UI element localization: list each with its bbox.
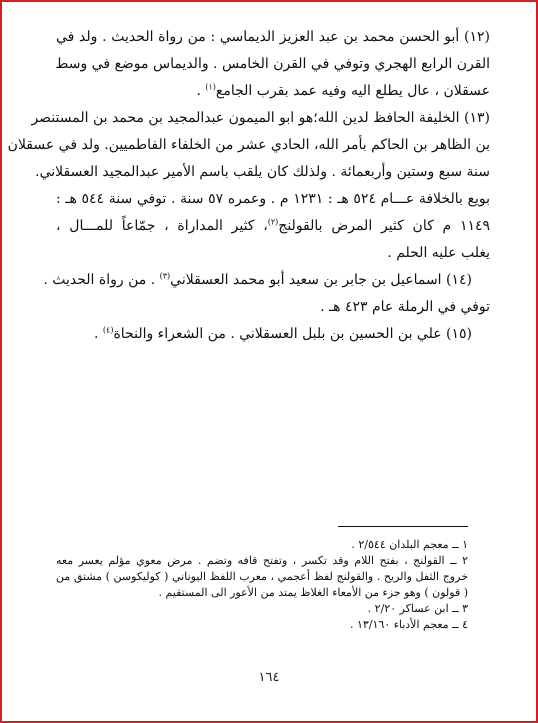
footnote-ref-3[interactable]: (٣) — [160, 271, 171, 280]
page-number: ١٦٤ — [0, 670, 538, 685]
entry-12-line-1: (١٢) أبو الحسن محمد بن عبد العزيز الديما… — [56, 24, 490, 51]
entry-12-line-3: عسقلان ، عال يطلع اليه وفيه عمد بقرب الج… — [56, 78, 490, 105]
entry-14-line-2: توفي في الرملة عام ٤٢٣ هـ . — [56, 294, 490, 321]
entry-13-line-4: بويع بالخلافة عـــام ٥٢٤ هـ : ١٢٣١ م . و… — [56, 186, 490, 213]
footnote-ref-1[interactable]: (١) — [205, 82, 216, 91]
entry-14-line-1-rest: . من رواة الحديث . — [43, 272, 159, 288]
entry-12-line-2: القرن الرابع الهجري وتوفي في القرن الخام… — [56, 51, 490, 78]
entry-13-line-1: (١٣) الخليفة الحافظ لدين الله؛هو ابو الم… — [56, 105, 490, 132]
entry-14-line-1: (١٤) اسماعيل بن جابر بن سعيد أبو محمد ال… — [56, 267, 490, 294]
footnote-4: ٤ ــ معجم الأدباء ١٣/١٦٠ . — [56, 617, 468, 633]
footnote-ref-2[interactable]: (٢) — [268, 217, 279, 226]
entry-12-line-3-text: عسقلان ، عال يطلع اليه وفيه عمد بقرب الج… — [216, 83, 490, 99]
entry-13-line-5-rest: ، كثير المداراة ، جمّاعاً للمـــال ، — [56, 218, 268, 234]
footnotes-section: ١ ــ معجم البلدان ٢/٥٤٤ . ٢ ــ القولنج ،… — [56, 526, 468, 633]
entry-15-line-1-text: (١٥) علي بن الحسين بن بلبل العسقلاني . م… — [113, 326, 472, 342]
entry-14-line-1-text: (١٤) اسماعيل بن جابر بن سعيد أبو محمد ال… — [170, 272, 472, 288]
entry-13-line-5-text: ١١٤٩ م كان كثير المرض بالقولنج — [278, 218, 490, 234]
entry-13-line-2: بن الظاهر بن الحاكم بأمر الله، الحادي عش… — [56, 132, 490, 159]
entry-13-line-6: يغلب عليه الحلم . — [56, 240, 490, 267]
footnote-1-line-1: ١ ــ معجم البلدان ٢/٥٤٤ . — [56, 537, 468, 553]
entry-13-line-5: ١١٤٩ م كان كثير المرض بالقولنج(٢)، كثير … — [56, 213, 490, 240]
footnote-2-line-1: ٢ ــ القولنج ، بفتح اللام وقد تكسر ، وتف… — [56, 553, 468, 569]
footnote-3: ٣ ــ ابن عساكر ٢/٢٠ . — [56, 601, 468, 617]
entry-13: (١٣) الخليفة الحافظ لدين الله؛هو ابو الم… — [56, 105, 490, 267]
footnote-ref-4[interactable]: (٤) — [103, 325, 114, 334]
footnote-4-line-1: ٤ ــ معجم الأدباء ١٣/١٦٠ . — [56, 617, 468, 633]
footnote-1: ١ ــ معجم البلدان ٢/٥٤٤ . — [56, 537, 468, 553]
entry-12: (١٢) أبو الحسن محمد بن عبد العزيز الديما… — [56, 24, 490, 105]
footnote-3-line-1: ٣ ــ ابن عساكر ٢/٢٠ . — [56, 601, 468, 617]
footnote-2: ٢ ــ القولنج ، بفتح اللام وقد تكسر ، وتف… — [56, 553, 468, 601]
entry-15: (١٥) علي بن الحسين بن بلبل العسقلاني . م… — [56, 321, 490, 348]
footnote-2-line-2: خروج الثفل والريح . والقولنج لفظ أعجمي ،… — [56, 569, 468, 585]
entry-15-line-1: (١٥) علي بن الحسين بن بلبل العسقلاني . م… — [56, 321, 490, 348]
main-text: (١٢) أبو الحسن محمد بن عبد العزيز الديما… — [56, 24, 490, 348]
entry-14: (١٤) اسماعيل بن جابر بن سعيد أبو محمد ال… — [56, 267, 490, 321]
footnote-divider — [338, 526, 468, 527]
entry-13-line-3: سنة سبع وستين وأربعمائة . ولذلك كان يلقب… — [56, 159, 490, 186]
book-page: (١٢) أبو الحسن محمد بن عبد العزيز الديما… — [0, 0, 538, 723]
footnote-2-line-3: ( قولون ) وهو جزء من الأمعاء الغلاظ يمتد… — [56, 585, 468, 601]
entry-15-tail: . — [94, 326, 103, 342]
